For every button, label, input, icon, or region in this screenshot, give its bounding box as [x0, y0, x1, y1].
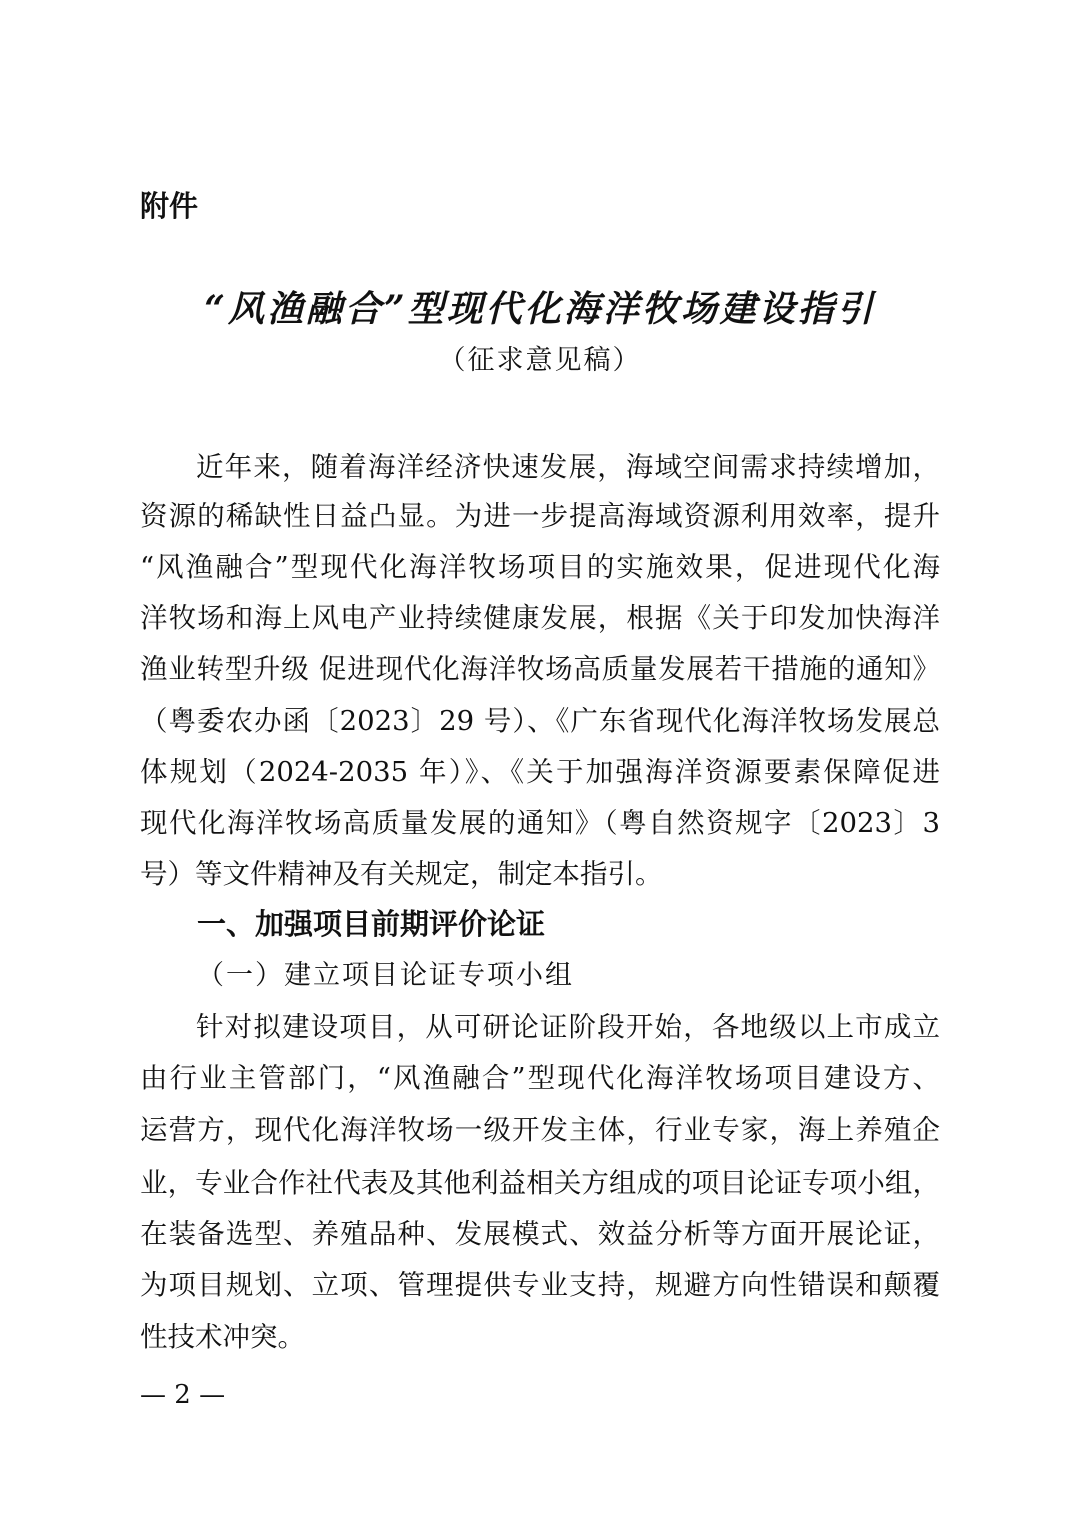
paragraph-line: 体规划（2024-2035 年）》、《关于加强海洋资源要素保障促进 — [140, 749, 940, 789]
page-number: — 2 — — [140, 1380, 225, 1410]
attachment-label: 附件 — [140, 184, 198, 225]
document-subtitle: （征求意见稿） — [0, 338, 1080, 377]
subsection-heading: （一）建立项目论证专项小组 — [197, 953, 574, 992]
paragraph-line: 运营方，现代化海洋牧场一级开发主体，行业专家，海上养殖企 — [140, 1107, 940, 1147]
paragraph-line: 在装备选型、养殖品种、发展模式、效益分析等方面开展论证， — [140, 1211, 940, 1251]
section-heading: 一、加强项目前期评价论证 — [197, 902, 545, 943]
paragraph-line: 由行业主管部门，“风渔融合”型现代化海洋牧场项目建设方、 — [140, 1055, 940, 1095]
paragraph-line: 为项目规划、立项、管理提供专业支持，规避方向性错误和颠覆 — [140, 1262, 940, 1302]
paragraph-line: 性技术冲突。 — [140, 1314, 940, 1354]
paragraph-line: 洋牧场和海上风电产业持续健康发展，根据《关于印发加快海洋 — [140, 595, 940, 635]
paragraph-line: （粤委农办函〔2023〕29 号）、《广东省现代化海洋牧场发展总 — [140, 698, 940, 738]
document-title: “风渔融合”型现代化海洋牧场建设指引 — [0, 281, 1080, 332]
paragraph-line: 号）等文件精神及有关规定，制定本指引。 — [140, 851, 940, 891]
paragraph-line: 针对拟建设项目，从可研论证阶段开始，各地级以上市成立 — [140, 1004, 940, 1044]
paragraph-line: 渔业转型升级 促进现代化海洋牧场高质量发展若干措施的通知》 — [140, 646, 940, 686]
paragraph-line: 现代化海洋牧场高质量发展的通知》（粤自然资规字〔2023〕3 — [140, 800, 940, 840]
paragraph-line: 近年来，随着海洋经济快速发展，海域空间需求持续增加， — [140, 444, 940, 484]
paragraph-line: “风渔融合”型现代化海洋牧场项目的实施效果，促进现代化海 — [140, 544, 940, 584]
paragraph-line: 资源的稀缺性日益凸显。为进一步提高海域资源利用效率，提升 — [140, 493, 940, 533]
paragraph-line: 业，专业合作社代表及其他利益相关方组成的项目论证专项小组， — [140, 1160, 940, 1200]
